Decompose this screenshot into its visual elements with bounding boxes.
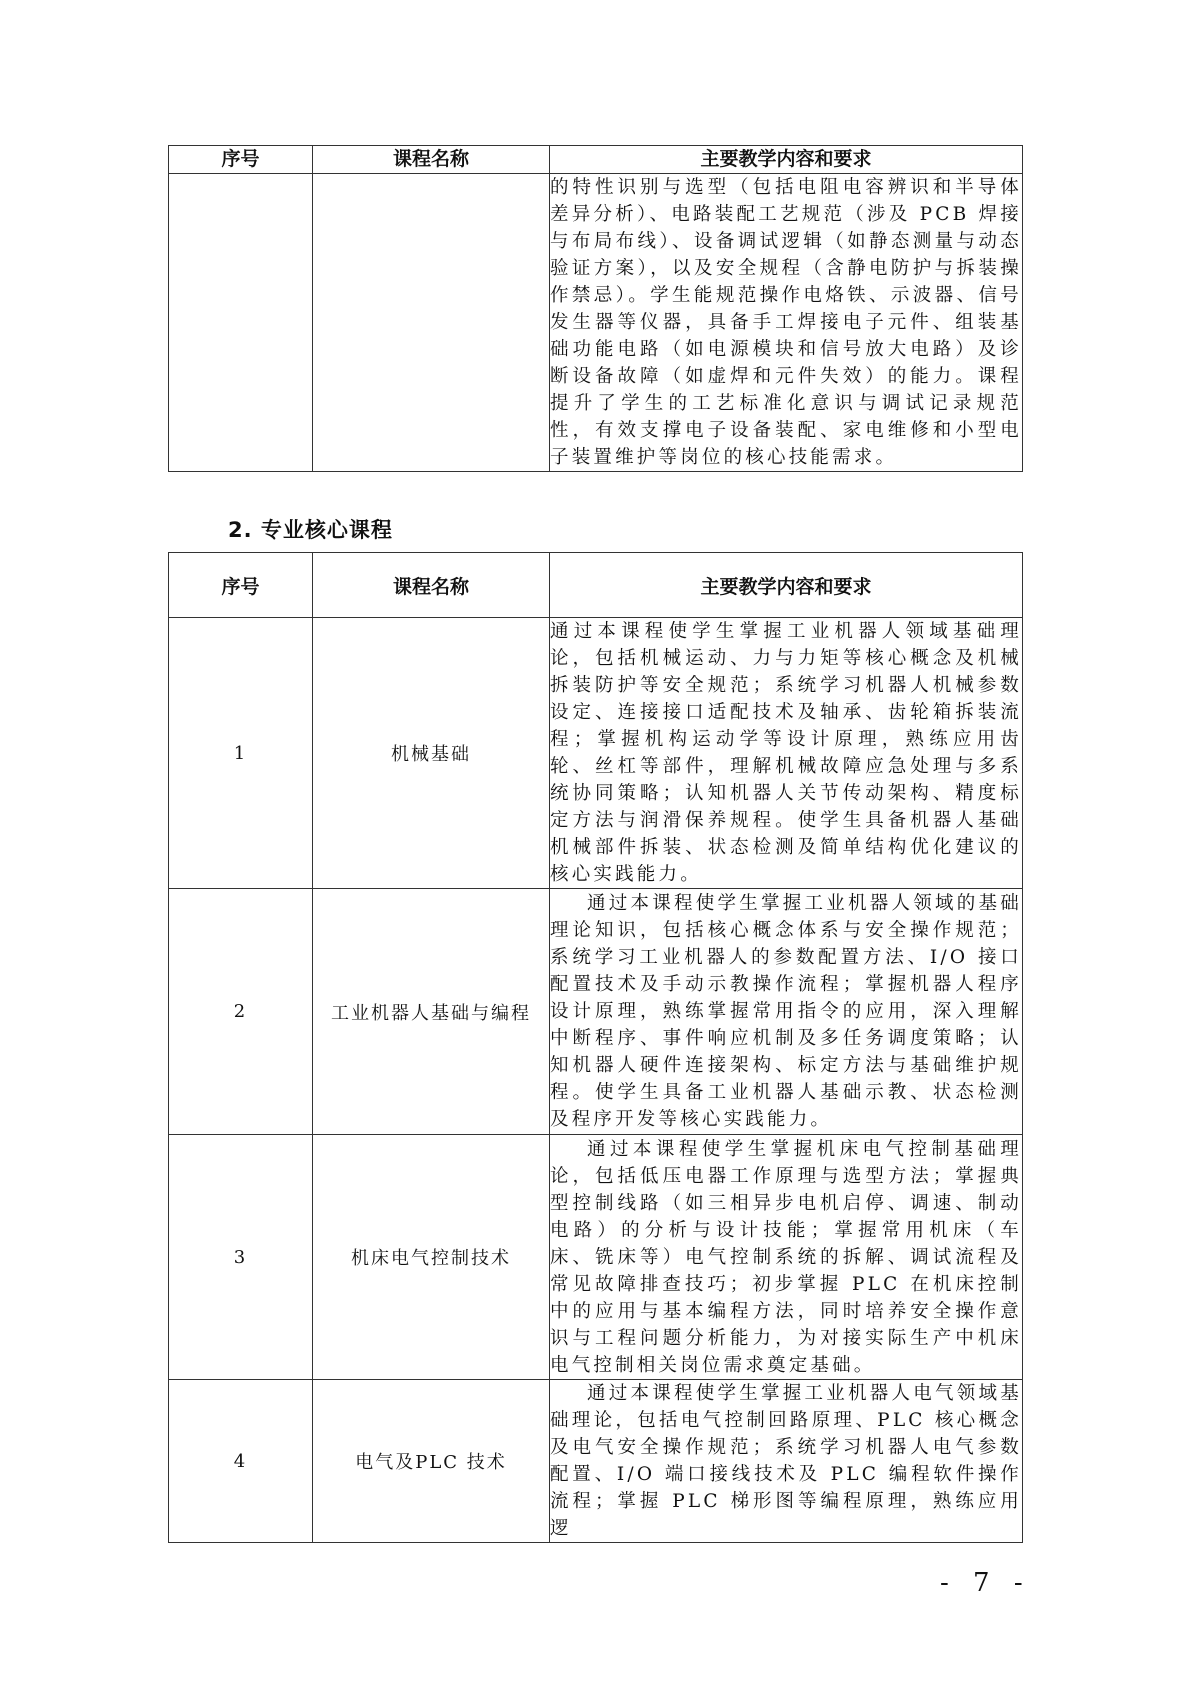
table-header-row: 序号 课程名称 主要教学内容和要求	[169, 553, 1023, 618]
general-course-table-continued: 序号 课程名称 主要教学内容和要求 的特性识别与选型（包括电阻电容辨识和半导体差…	[168, 145, 1023, 472]
row-index	[169, 174, 313, 472]
row-course-name: 电气及PLC 技术	[313, 1380, 550, 1543]
row-course-name	[313, 174, 550, 472]
row-index: 1	[169, 618, 313, 889]
row-course-name: 机械基础	[313, 618, 550, 889]
header-course-name: 课程名称	[313, 146, 550, 174]
table-row: 2 工业机器人基础与编程 通过本课程使学生掌握工业机器人领域的基础理论知识，包括…	[169, 889, 1023, 1135]
row-course-name: 工业机器人基础与编程	[313, 889, 550, 1135]
table-header-row: 序号 课程名称 主要教学内容和要求	[169, 146, 1023, 174]
header-course-name: 课程名称	[313, 553, 550, 618]
header-index: 序号	[169, 146, 313, 174]
row-index: 4	[169, 1380, 313, 1543]
header-index: 序号	[169, 553, 313, 618]
table-row: 4 电气及PLC 技术 通过本课程使学生掌握工业机器人电气领域基础理论，包括电气…	[169, 1380, 1023, 1543]
core-course-table: 序号 课程名称 主要教学内容和要求 1 机械基础 通过本课程使学生掌握工业机器人…	[168, 552, 1023, 1543]
row-index: 2	[169, 889, 313, 1135]
row-index: 3	[169, 1135, 313, 1380]
row-content: 通过本课程使学生掌握工业机器人电气领域基础理论，包括电气控制回路原理、PLC 核…	[550, 1380, 1023, 1543]
page-number: - 7 -	[940, 1568, 1031, 1598]
row-content: 通过本课程使学生掌握机床电气控制基础理论，包括低压电器工作原理与选型方法；掌握典…	[550, 1135, 1023, 1380]
header-content: 主要教学内容和要求	[550, 146, 1023, 174]
table-row: 1 机械基础 通过本课程使学生掌握工业机器人领域基础理论，包括机械运动、力与力矩…	[169, 618, 1023, 889]
header-content: 主要教学内容和要求	[550, 553, 1023, 618]
row-course-name: 机床电气控制技术	[313, 1135, 550, 1380]
table-row: 的特性识别与选型（包括电阻电容辨识和半导体差异分析）、电路装配工艺规范（涉及 P…	[169, 174, 1023, 472]
row-content: 的特性识别与选型（包括电阻电容辨识和半导体差异分析）、电路装配工艺规范（涉及 P…	[550, 174, 1023, 472]
table-row: 3 机床电气控制技术 通过本课程使学生掌握机床电气控制基础理论，包括低压电器工作…	[169, 1135, 1023, 1380]
row-content: 通过本课程使学生掌握工业机器人领域的基础理论知识，包括核心概念体系与安全操作规范…	[550, 889, 1023, 1135]
section-heading: 2. 专业核心课程	[228, 514, 393, 544]
row-content: 通过本课程使学生掌握工业机器人领域基础理论，包括机械运动、力与力矩等核心概念及机…	[550, 618, 1023, 889]
